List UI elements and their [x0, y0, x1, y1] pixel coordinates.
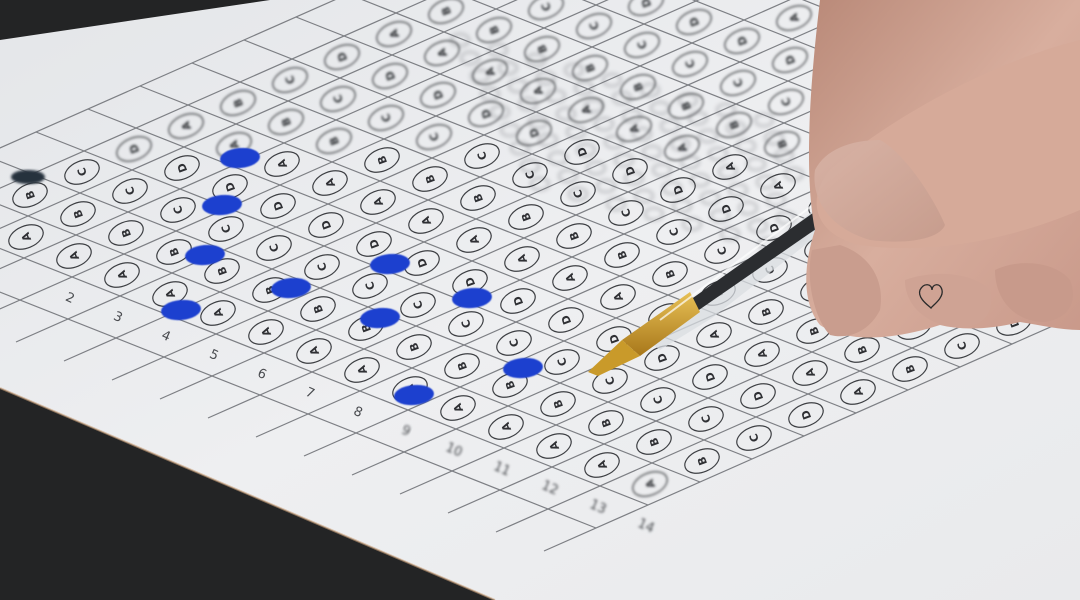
hand	[806, 0, 1080, 338]
photo-canvas: BCDABCDABABCDABCDABCABCDABCDABCDABCDABCD…	[0, 0, 1080, 600]
stray-mark	[11, 170, 45, 184]
answer-sheet-photo: BCDABCDABABCDABCDABCABCDABCDABCDABCDABCD…	[0, 0, 1080, 600]
